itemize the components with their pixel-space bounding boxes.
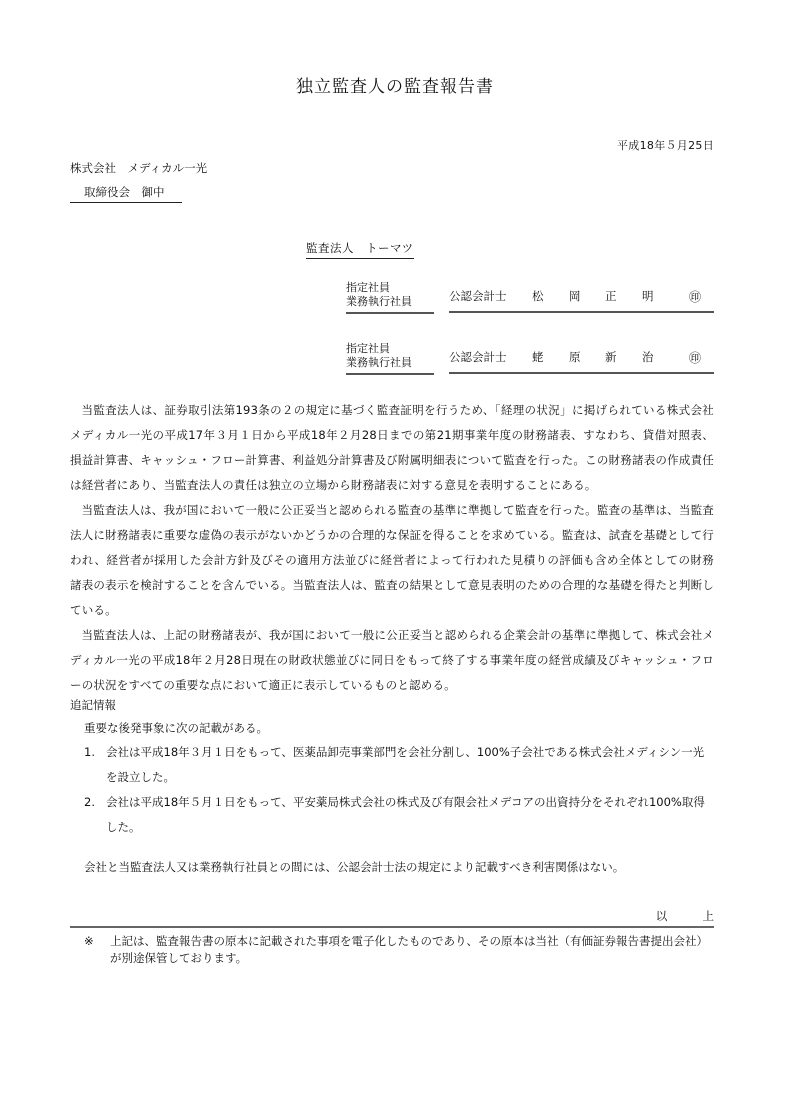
addressee-company: 株式会社 メディカル一光 — [70, 160, 207, 176]
closing-mark: 以 上 — [656, 908, 714, 924]
signatory-role: 指定社員 業務執行社員 — [346, 281, 434, 314]
list-item-text: 会社は平成18年５月１日をもって、平安薬局株式会社の株式及び有限会社メデコアの出… — [106, 790, 714, 840]
signatory-role-line2: 業務執行社員 — [346, 356, 434, 370]
signature-line — [449, 311, 714, 313]
signatory-name-char: 治 — [642, 349, 654, 365]
signatory-role-line2: 業務執行社員 — [346, 295, 434, 309]
list-item: 2. 会社は平成18年５月１日をもって、平安薬局株式会社の株式及び有限会社メデコ… — [84, 790, 714, 840]
signatory-name-char: 松 — [532, 288, 544, 304]
independence-statement: 会社と当監査法人又は業務執行社員との間には、公認会計士法の規定により記載すべき利… — [84, 859, 624, 875]
closing-char: 以 — [656, 908, 668, 924]
signatory-name-char: 新 — [605, 349, 617, 365]
signatory-title: 公認会計士 — [449, 288, 507, 304]
signatory-name-char: 原 — [569, 349, 581, 365]
additional-info-intro: 重要な後発事象に次の記載がある。 — [84, 720, 268, 736]
seal-icon: ㊞ — [689, 288, 701, 305]
addressee-board: 取締役会 御中 — [70, 184, 182, 203]
opinion-body: 当監査法人は、証券取引法第193条の２の規定に基づく監査証明を行うため、「経理の… — [70, 398, 714, 698]
reference-mark-icon: ※ — [84, 933, 110, 967]
paragraph-opinion: 当監査法人は、上記の財務諸表が、我が国において一般に公正妥当と認められる企業会計… — [70, 623, 714, 698]
document-title: 独立監査人の監査報告書 — [0, 72, 790, 97]
signatory-name-char: 蛯 — [532, 349, 544, 365]
footnote: ※ 上記は、監査報告書の原本に記載された事項を電子化したものであり、その原本は当… — [84, 933, 714, 967]
paragraph-scope: 当監査法人は、証券取引法第193条の２の規定に基づく監査証明を行うため、「経理の… — [70, 398, 714, 498]
footnote-text: 上記は、監査報告書の原本に記載された事項を電子化したものであり、その原本は当社（… — [110, 933, 714, 967]
report-date: 平成18年５月25日 — [617, 137, 714, 153]
list-item-number: 1. — [84, 740, 106, 790]
signatory-title: 公認会計士 — [449, 349, 507, 365]
seal-icon: ㊞ — [689, 349, 701, 366]
signatory-name-char: 正 — [605, 288, 617, 304]
list-item-number: 2. — [84, 790, 106, 840]
signatory-name-char: 岡 — [569, 288, 581, 304]
additional-info-heading: 追記情報 — [70, 697, 116, 713]
list-item-text: 会社は平成18年３月１日をもって、医薬品卸売事業部門を会社分割し、100%子会社… — [106, 740, 714, 790]
list-item: 1. 会社は平成18年３月１日をもって、医薬品卸売事業部門を会社分割し、100%… — [84, 740, 714, 790]
signatory-role: 指定社員 業務執行社員 — [346, 342, 434, 375]
signatory-role-line1: 指定社員 — [346, 281, 434, 295]
signature-line — [449, 372, 714, 374]
subsequent-events-list: 1. 会社は平成18年３月１日をもって、医薬品卸売事業部門を会社分割し、100%… — [84, 740, 714, 840]
closing-char: 上 — [703, 908, 715, 924]
signatory-name-char: 明 — [642, 288, 654, 304]
audit-firm-name: 監査法人 トーマツ — [306, 240, 414, 259]
signatory-role-line1: 指定社員 — [346, 342, 434, 356]
paragraph-standards: 当監査法人は、我が国において一般に公正妥当と認められる監査の基準に準拠して監査を… — [70, 498, 714, 623]
divider — [70, 926, 714, 928]
